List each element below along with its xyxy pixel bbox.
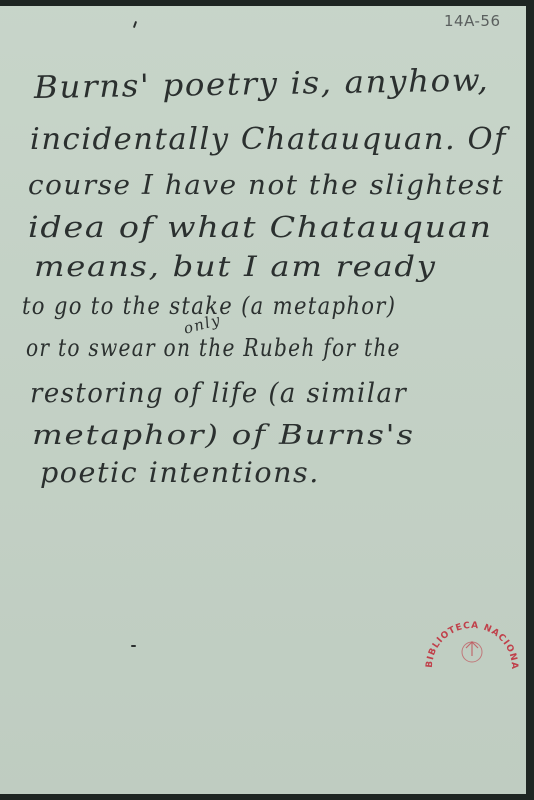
scan-border-bottom — [0, 794, 534, 800]
handwritten-line-8: restoring of life (a similar — [30, 378, 407, 409]
handwritten-line-10: poetic intentions. — [40, 456, 320, 489]
handwritten-line-5: means, but I am ready — [34, 250, 437, 283]
handwritten-line-1: Burns' poetry is, anyhow, — [34, 62, 490, 106]
scan-border-right — [526, 0, 534, 800]
handwritten-line-9: metaphor) of Burns's — [32, 420, 415, 451]
catalog-number: 14A-56 — [444, 12, 501, 30]
handwritten-line-2: incidentally Chatauquan. Of — [30, 122, 507, 157]
handwritten-line-3: course I have not the slightest — [28, 170, 504, 201]
handwritten-line-4: idea of what Chatauquan — [28, 210, 493, 244]
library-stamp: BIBLIOTECA NACIONAL — [420, 612, 520, 672]
biblioteca-nacional-stamp-icon: BIBLIOTECA NACIONAL — [420, 612, 520, 672]
handwritten-line-7: or to swear on the Rubeh for the — [26, 334, 401, 362]
ink-speck — [131, 645, 136, 647]
